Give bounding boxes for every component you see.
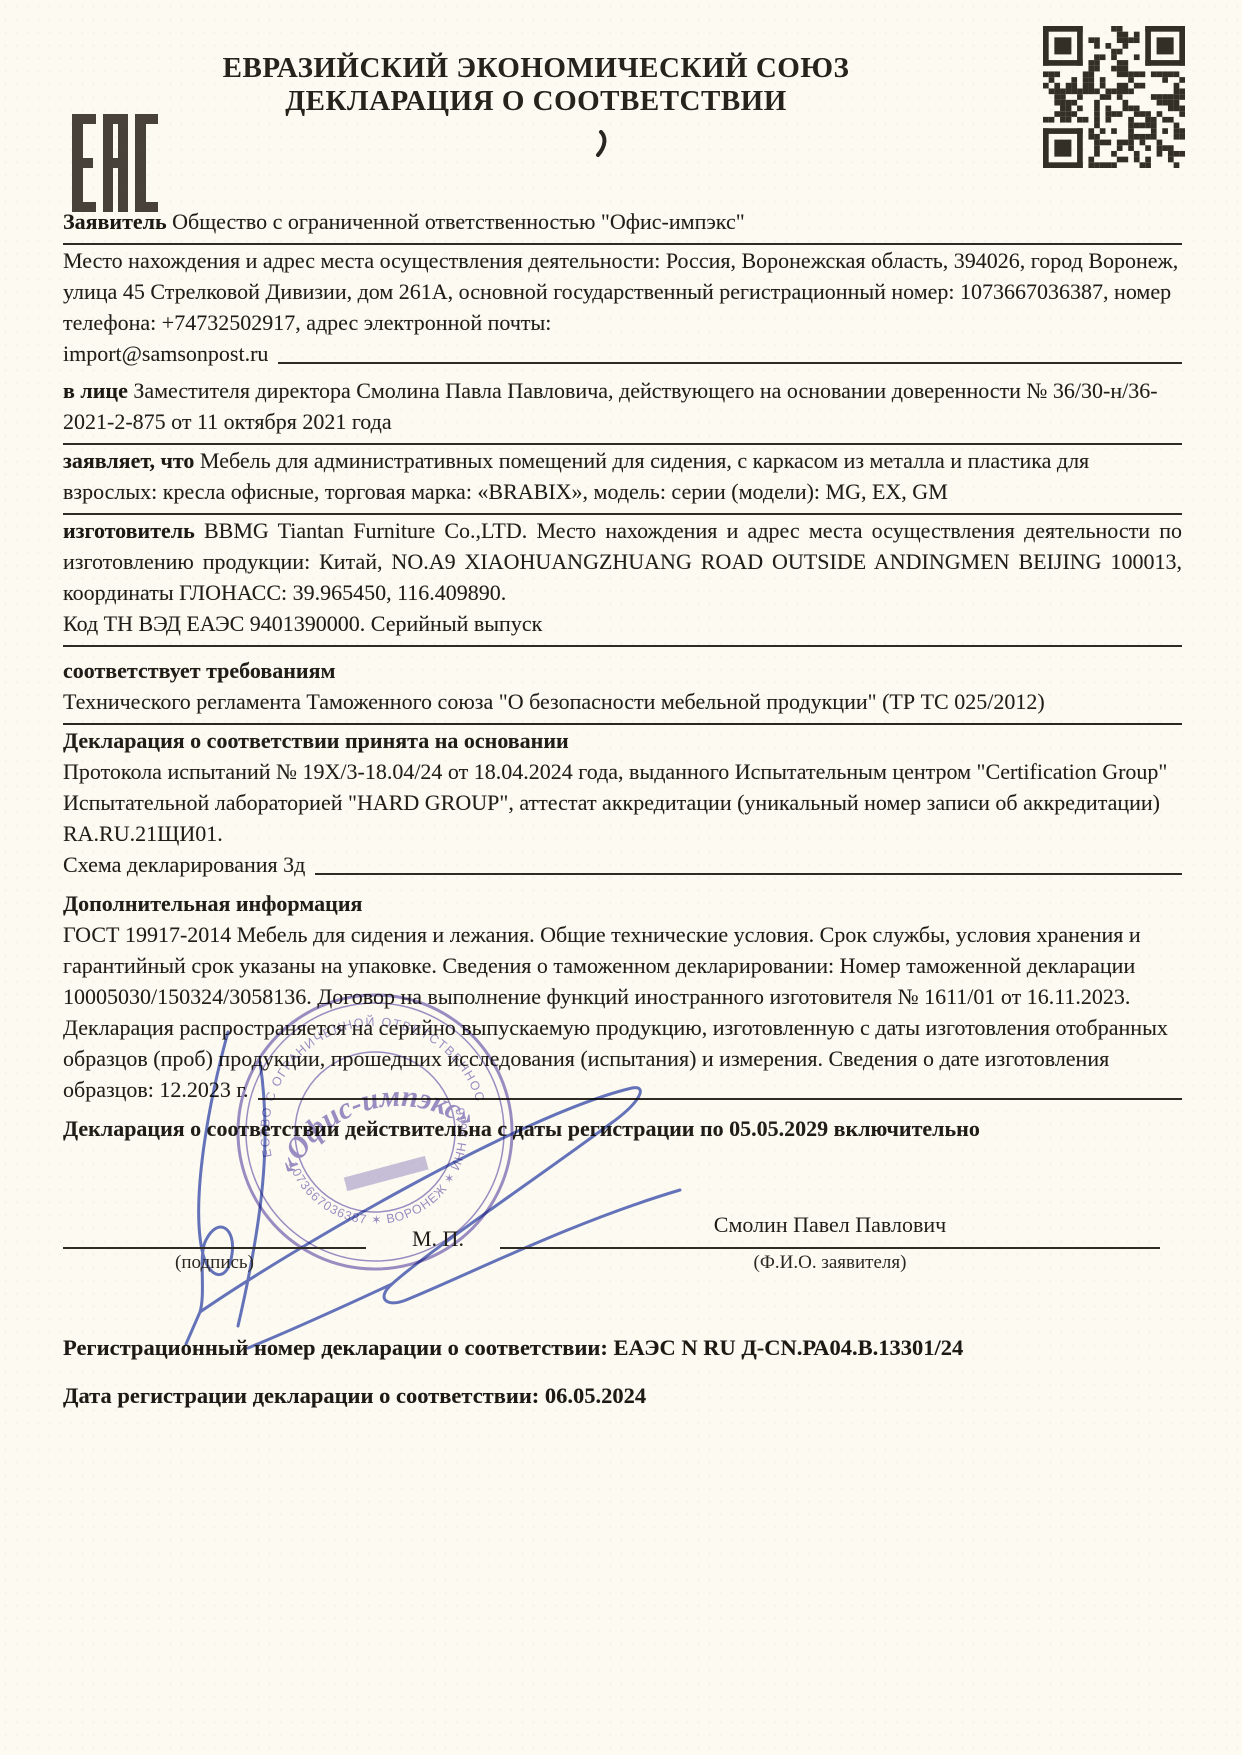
- basis-heading: Декларация о соответствии принята на осн…: [63, 725, 1182, 756]
- scheme-row: Схема декларирования 3д: [63, 849, 1182, 880]
- manufacturer-text: BBMG Tiantan Furniture Co.,LTD. Место на…: [63, 518, 1182, 605]
- applicant-label: Заявитель: [63, 209, 167, 234]
- email-row: import@samsonpost.ru: [63, 338, 1182, 369]
- title-line-2: ДЕКЛАРАЦИЯ О СООТВЕТСТВИИ: [0, 85, 1072, 118]
- registration-number-line: Регистрационный номер декларации о соотв…: [63, 1335, 1182, 1361]
- signature-line: [63, 1247, 366, 1249]
- applicant-text: Общество с ограниченной ответственностью…: [172, 209, 745, 234]
- qr-code: [1040, 26, 1188, 168]
- document-title: ЕВРАЗИЙСКИЙ ЭКОНОМИЧЕСКИЙ СОЮЗ ДЕКЛАРАЦИ…: [0, 52, 1072, 118]
- document-page: ЕВРАЗИЙСКИЙ ЭКОНОМИЧЕСКИЙ СОЮЗ ДЕКЛАРАЦИ…: [0, 0, 1242, 1755]
- representative-paragraph: в лице Заместителя директора Смолина Пав…: [63, 375, 1182, 445]
- email-text: import@samsonpost.ru: [63, 338, 268, 369]
- manufacturer-section: изготовитель BBMG Tiantan Furniture Co.,…: [63, 515, 1182, 647]
- additional-heading: Дополнительная информация: [63, 888, 1182, 919]
- scheme-text: Схема декларирования 3д: [63, 849, 305, 880]
- address-paragraph: Место нахождения и адрес места осуществл…: [63, 245, 1182, 338]
- basis-text: Протокола испытаний № 19Х/3-18.04/24 от …: [63, 756, 1182, 849]
- compliance-text: Технического регламента Таможенного союз…: [63, 686, 1182, 725]
- signature-caption: (подпись): [63, 1252, 366, 1274]
- signature-ink: [140, 992, 700, 1352]
- declaration-text: Мебель для административных помещений дл…: [63, 448, 1089, 504]
- email-rule: [278, 362, 1182, 364]
- mp-label: М. П.: [412, 1226, 464, 1252]
- representative-text: Заместителя директора Смолина Павла Павл…: [63, 378, 1158, 434]
- fio-name: Смолин Павел Павлович: [500, 1212, 1160, 1238]
- manufacturer-paragraph: изготовитель BBMG Tiantan Furniture Co.,…: [63, 515, 1182, 608]
- tnved-code-line: Код ТН ВЭД ЕАЭС 9401390000. Серийный вып…: [63, 608, 1182, 639]
- compliance-heading: соответствует требованиям: [63, 655, 1182, 686]
- ink-mark: [594, 130, 610, 158]
- declaration-paragraph: заявляет, что Мебель для административны…: [63, 445, 1182, 515]
- fio-caption: (Ф.И.О. заявителя): [500, 1252, 1160, 1274]
- address-text: Место нахождения и адрес места осуществл…: [63, 248, 1178, 335]
- scheme-rule: [315, 873, 1182, 875]
- registration-date-line: Дата регистрации декларации о соответств…: [63, 1383, 1182, 1409]
- manufacturer-label: изготовитель: [63, 518, 195, 543]
- applicant-row: Заявитель Общество с ограниченной ответс…: [63, 206, 1182, 245]
- title-line-1: ЕВРАЗИЙСКИЙ ЭКОНОМИЧЕСКИЙ СОЮЗ: [0, 52, 1072, 85]
- eac-logo-icon: [72, 114, 158, 212]
- fio-line: [500, 1247, 1160, 1249]
- declaration-label: заявляет, что: [63, 448, 194, 473]
- representative-label: в лице: [63, 378, 128, 403]
